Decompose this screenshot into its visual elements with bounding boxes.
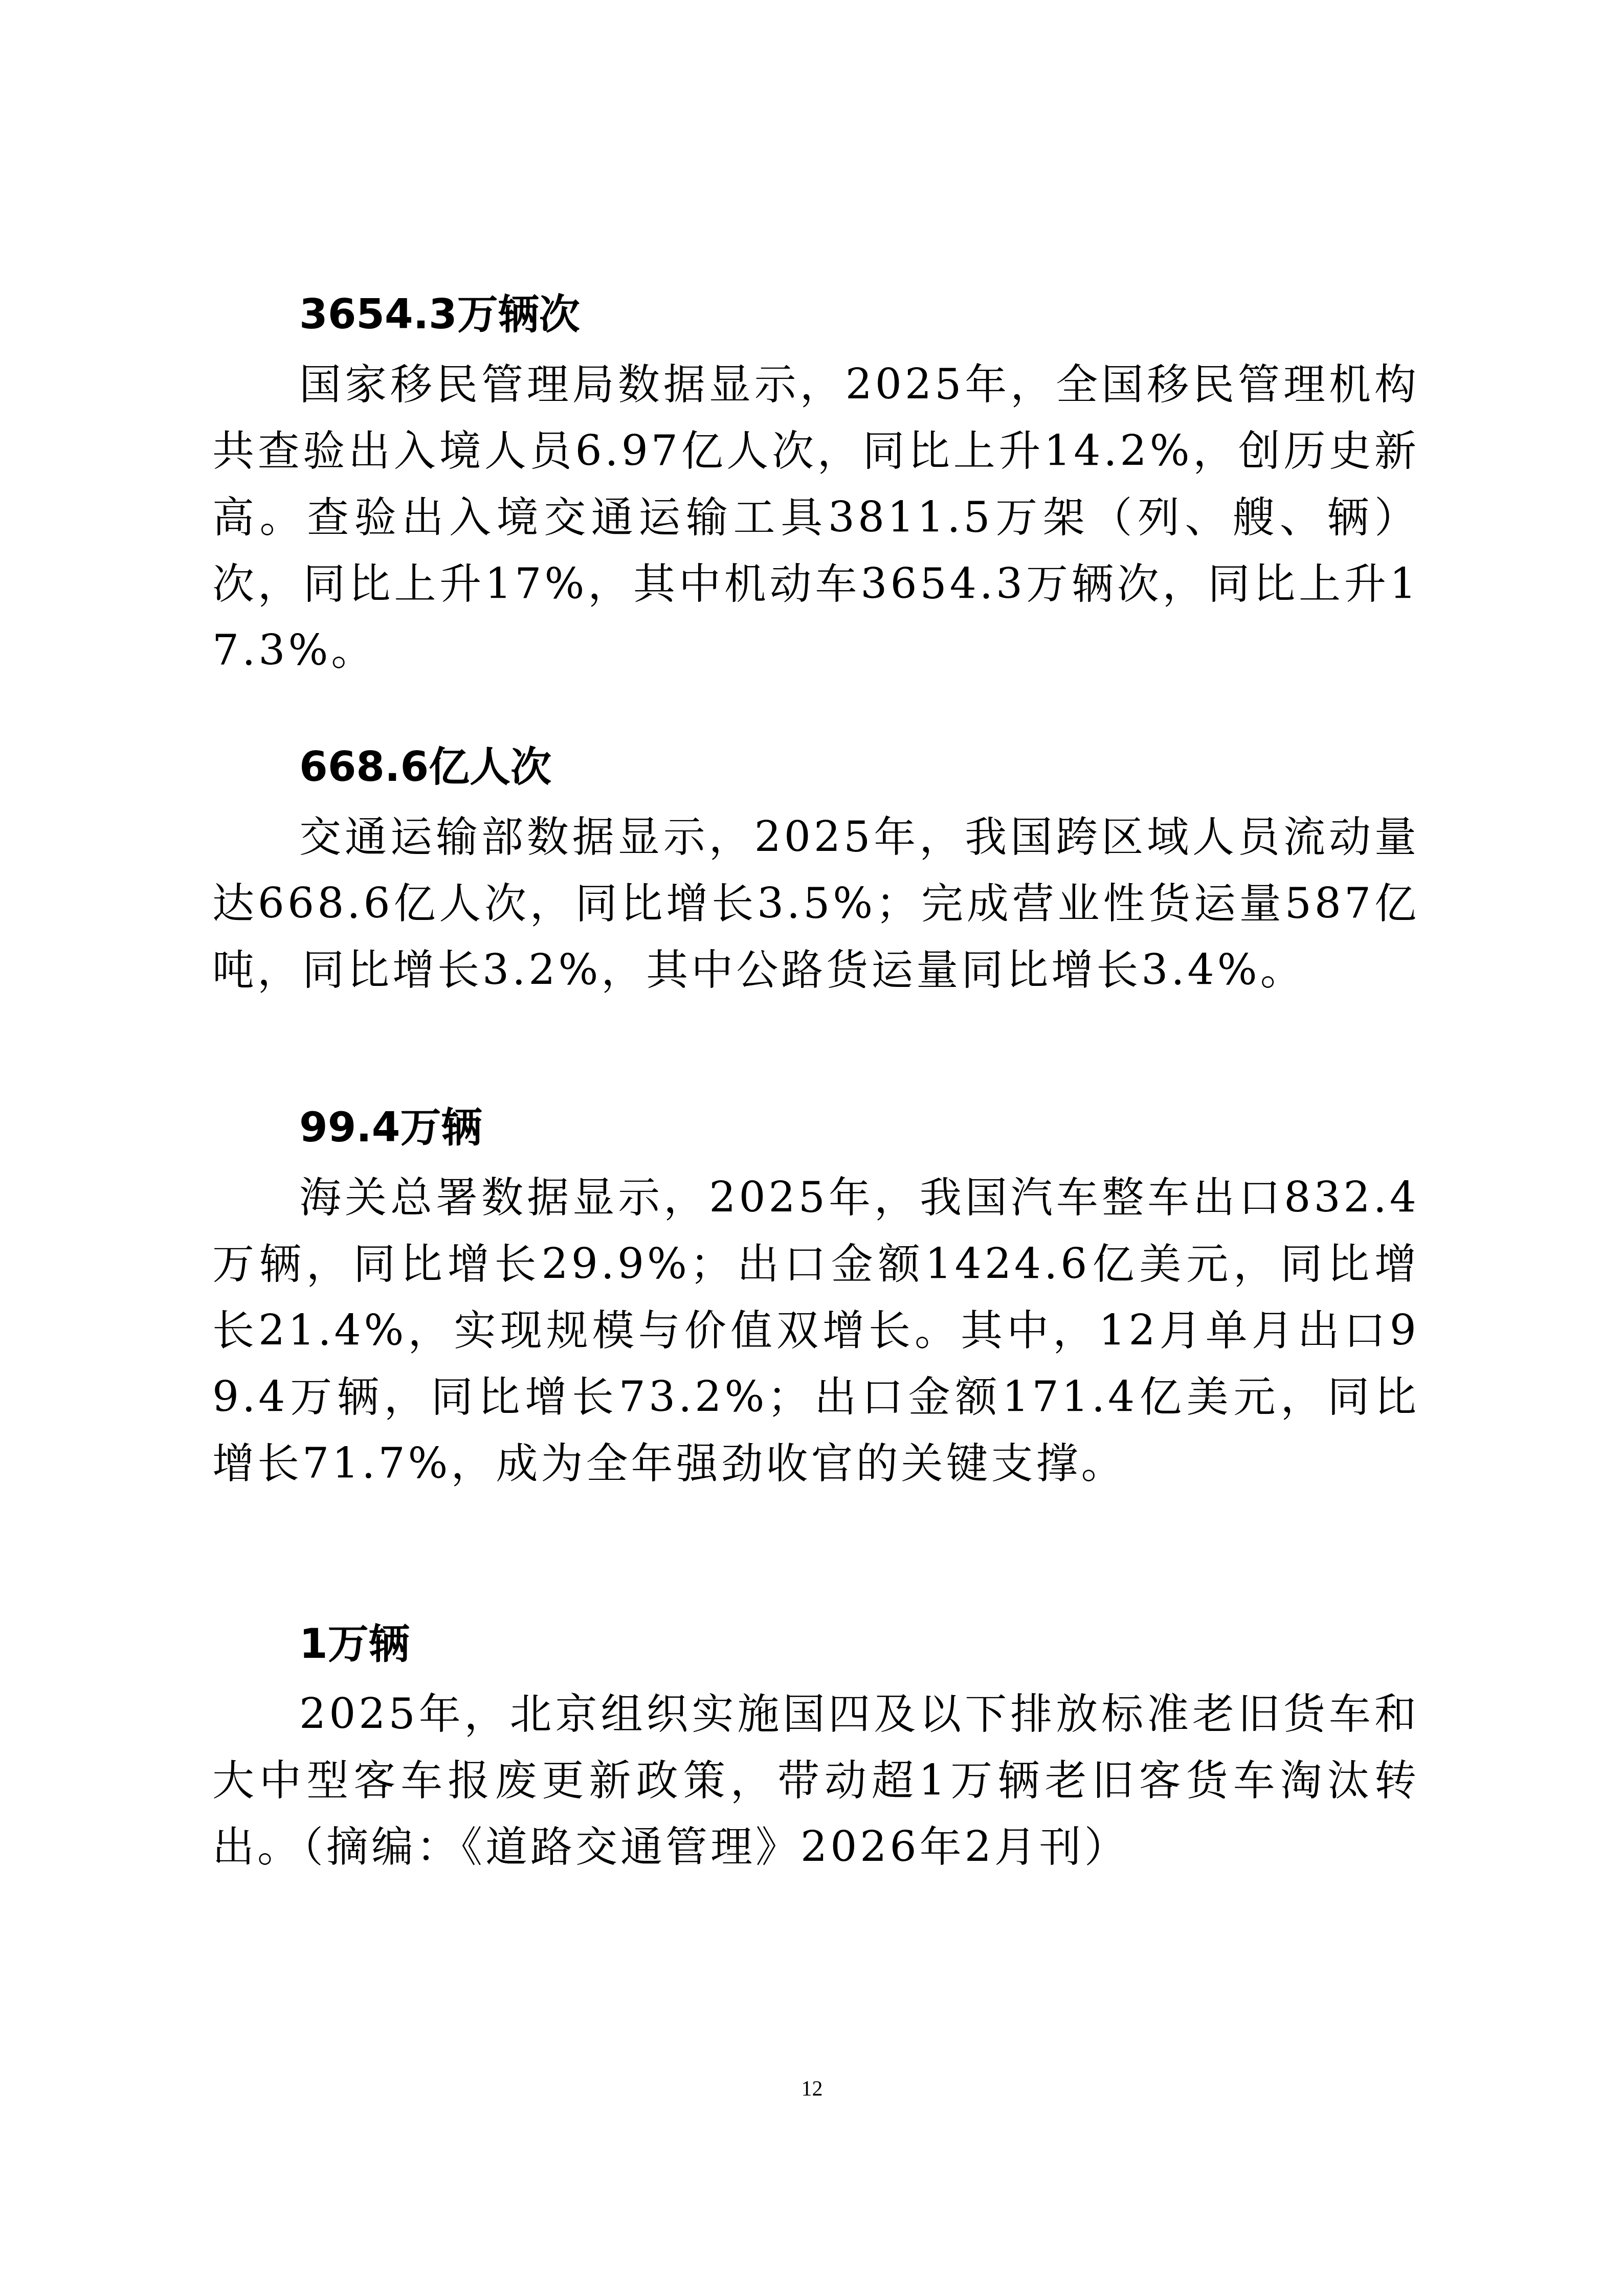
section-heading: 668.6亿人次 [212,739,1419,795]
section-heading: 1万辆 [212,1616,1419,1672]
section-heading: 3654.3万辆次 [212,286,1419,343]
section-paragraph: 交通运输部数据显示，2025年，我国跨区域人员流动量达668.6亿人次，同比增长… [212,804,1419,1004]
document-page: 3654.3万辆次 国家移民管理局数据显示，2025年，全国移民管理机构共查验出… [0,0,1624,2296]
section-vehicle-exports: 99.4万辆 海关总署数据显示，2025年，我国汽车整车出口832.4万辆，同比… [212,1099,1419,1497]
section-immigration-vehicles: 3654.3万辆次 国家移民管理局数据显示，2025年，全国移民管理机构共查验出… [212,286,1419,684]
section-paragraph: 国家移民管理局数据显示，2025年，全国移民管理机构共查验出入境人员6.97亿人… [212,352,1419,684]
section-heading: 99.4万辆 [212,1099,1419,1156]
section-paragraph: 海关总署数据显示，2025年，我国汽车整车出口832.4万辆，同比增长29.9%… [212,1165,1419,1497]
section-passenger-flow: 668.6亿人次 交通运输部数据显示，2025年，我国跨区域人员流动量达668.… [212,739,1419,1004]
page-number: 12 [0,2076,1624,2102]
section-paragraph: 2025年，北京组织实施国四及以下排放标准老旧货车和大中型客车报废更新政策，带动… [212,1681,1419,1881]
section-beijing-scrappage: 1万辆 2025年，北京组织实施国四及以下排放标准老旧货车和大中型客车报废更新政… [212,1616,1419,1881]
